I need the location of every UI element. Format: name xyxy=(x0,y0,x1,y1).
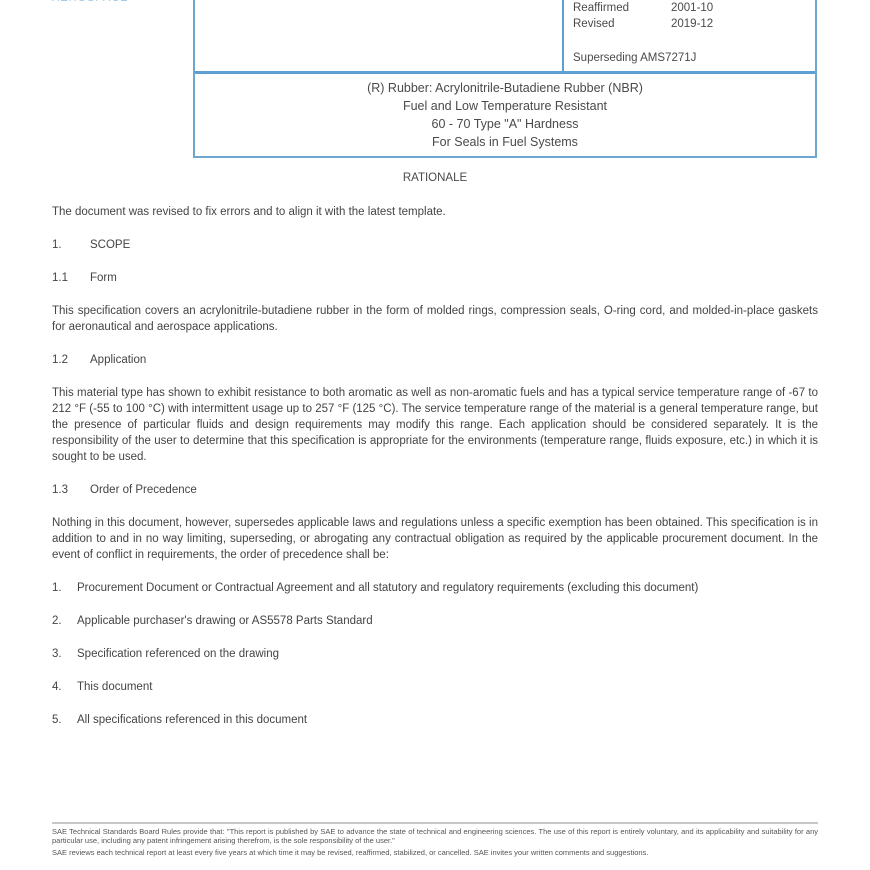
footer-paragraph: SAE reviews each technical report at lea… xyxy=(52,848,818,857)
section-number: 1.3 xyxy=(52,482,90,498)
section-1-2-text: This material type has shown to exhibit … xyxy=(52,385,818,465)
list-number: 1. xyxy=(52,580,77,596)
meta-label: Revised xyxy=(573,16,671,32)
publisher-logo-fragment: AEROSPACE xyxy=(52,0,167,4)
document-title: (R) Rubber: Acrylonitrile-Butadiene Rubb… xyxy=(195,79,815,151)
revision-metadata: Reaffirmed 2001-10 Revised 2019-12 Super… xyxy=(573,0,713,66)
meta-revised: Revised 2019-12 xyxy=(573,16,713,32)
list-text: This document xyxy=(77,679,818,695)
section-title: Application xyxy=(90,352,146,368)
rationale-heading: RATIONALE xyxy=(0,172,870,184)
footer-paragraph: SAE Technical Standards Board Rules prov… xyxy=(52,827,818,845)
rationale-text: The document was revised to fix errors a… xyxy=(52,204,818,220)
superseding-note: Superseding AMS7271J xyxy=(573,50,713,66)
list-text: Applicable purchaser's drawing or AS5578… xyxy=(77,613,818,629)
section-title: SCOPE xyxy=(90,237,130,253)
section-1-2-heading: 1.2 Application xyxy=(52,352,818,368)
list-text: Specification referenced on the drawing xyxy=(77,646,818,662)
header-top-section xyxy=(195,0,815,74)
list-number: 3. xyxy=(52,646,77,662)
section-1-1-text: This specification covers an acrylonitri… xyxy=(52,303,818,335)
section-1-3-text: Nothing in this document, however, super… xyxy=(52,515,818,563)
precedence-item: 5. All specifications referenced in this… xyxy=(52,712,818,728)
meta-reaffirmed: Reaffirmed 2001-10 xyxy=(573,0,713,16)
document-header-box: Reaffirmed 2001-10 Revised 2019-12 Super… xyxy=(193,0,817,158)
list-number: 4. xyxy=(52,679,77,695)
title-line: For Seals in Fuel Systems xyxy=(195,133,815,151)
section-1-heading: 1. SCOPE xyxy=(52,237,818,253)
section-1-1-heading: 1.1 Form xyxy=(52,270,818,286)
document-body: The document was revised to fix errors a… xyxy=(52,204,818,728)
meta-label: Reaffirmed xyxy=(573,0,671,16)
section-number: 1. xyxy=(52,237,90,253)
precedence-item: 4. This document xyxy=(52,679,818,695)
title-line: Fuel and Low Temperature Resistant xyxy=(195,97,815,115)
list-text: All specifications referenced in this do… xyxy=(77,712,818,728)
list-number: 5. xyxy=(52,712,77,728)
header-divider xyxy=(562,0,564,74)
meta-value: 2001-10 xyxy=(671,0,713,16)
title-line: (R) Rubber: Acrylonitrile-Butadiene Rubb… xyxy=(195,79,815,97)
precedence-item: 1. Procurement Document or Contractual A… xyxy=(52,580,818,596)
list-number: 2. xyxy=(52,613,77,629)
section-title: Form xyxy=(90,270,117,286)
legal-footer: SAE Technical Standards Board Rules prov… xyxy=(52,827,818,860)
section-1-3-heading: 1.3 Order of Precedence xyxy=(52,482,818,498)
precedence-item: 2. Applicable purchaser's drawing or AS5… xyxy=(52,613,818,629)
section-number: 1.2 xyxy=(52,352,90,368)
list-text: Procurement Document or Contractual Agre… xyxy=(77,580,818,596)
meta-value: 2019-12 xyxy=(671,16,713,32)
section-number: 1.1 xyxy=(52,270,90,286)
precedence-item: 3. Specification referenced on the drawi… xyxy=(52,646,818,662)
section-title: Order of Precedence xyxy=(90,482,197,498)
footer-divider xyxy=(52,822,818,824)
title-line: 60 - 70 Type "A" Hardness xyxy=(195,115,815,133)
